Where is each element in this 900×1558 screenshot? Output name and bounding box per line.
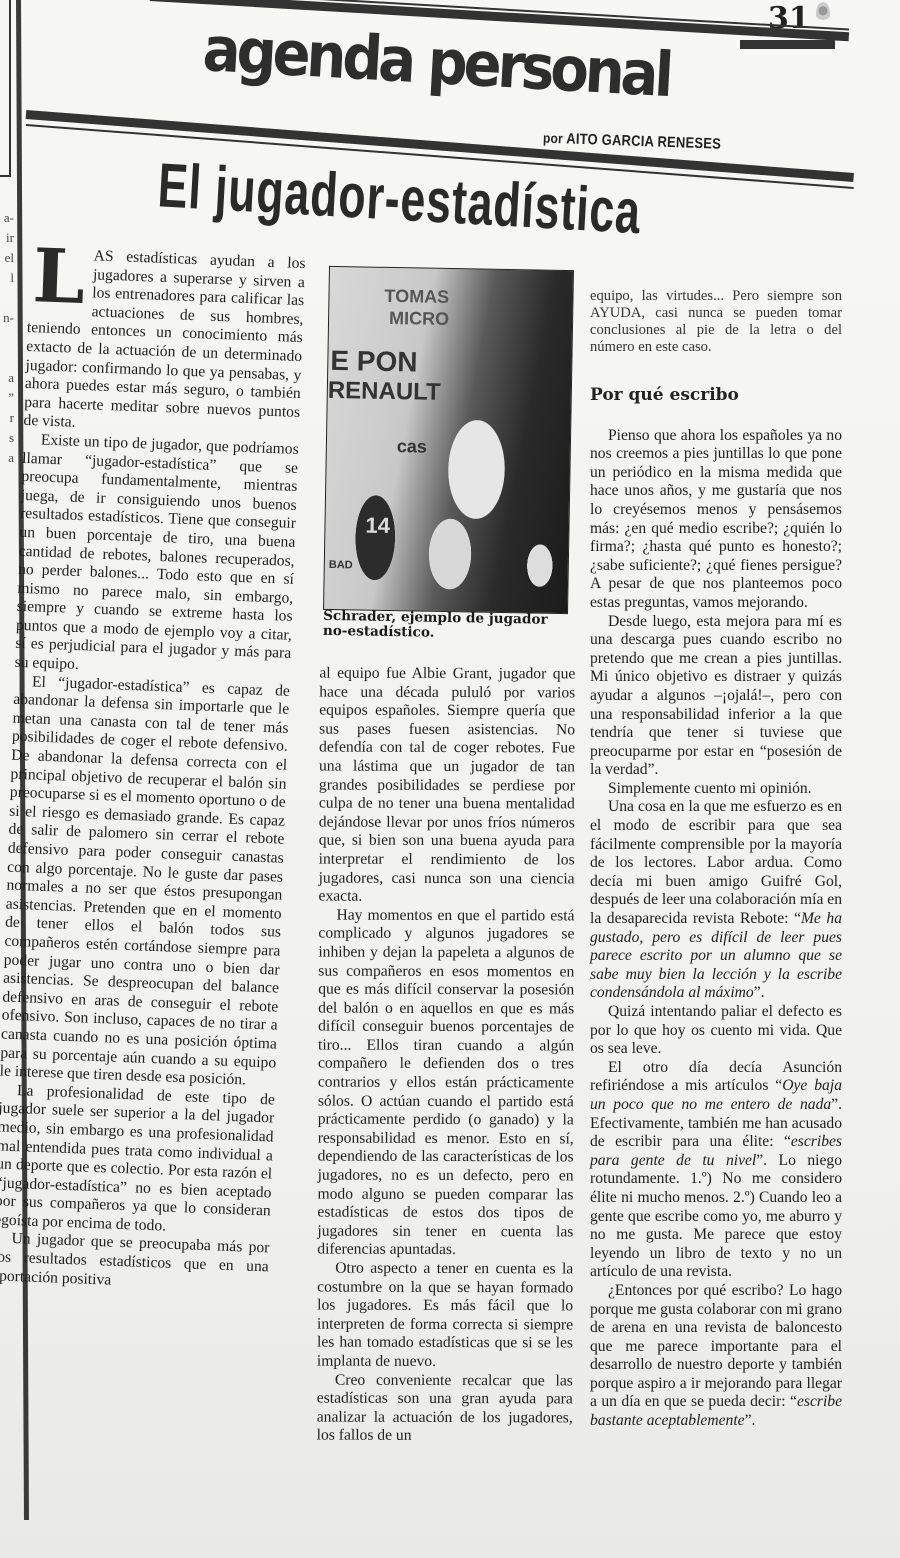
magazine-page: a- ir el l n- a ” r s a 31 agenda person… bbox=[0, 0, 900, 1558]
article-column-1: L AS estadísticas ayudan a los jugadores… bbox=[0, 245, 306, 1296]
drop-cap: L bbox=[32, 247, 86, 307]
top-right-bar bbox=[740, 40, 835, 49]
top-right-rule bbox=[740, 33, 845, 35]
author-name: AITO GARCIA RENESES bbox=[566, 130, 721, 153]
paragraph: Desde luego, esta mejora para mí es una … bbox=[590, 613, 842, 780]
paragraph: al equipo fue Albie Grant, jugador que h… bbox=[319, 665, 576, 908]
subheading: Por qué escribo bbox=[590, 386, 842, 405]
paragraph: Otro aspecto a tener en cuenta es la cos… bbox=[317, 1260, 573, 1372]
photo-caption: Schrader, ejemplo de jugador no-estadíst… bbox=[323, 609, 573, 643]
jersey-number: 14 bbox=[365, 513, 390, 539]
paragraph: Existe un tipo de jugador, que podríamos… bbox=[14, 431, 299, 683]
paragraph: Creo conveniente recalcar que las estadí… bbox=[317, 1371, 573, 1446]
paragraph: equipo, las virtudes... Pero siempre son… bbox=[590, 288, 842, 356]
basketball-photo: TOMAS MICRO E PON RENAULT cas BAD 14 bbox=[323, 266, 574, 614]
previous-page-box bbox=[0, 0, 11, 177]
article-column-3: equipo, las virtudes... Pero siempre son… bbox=[590, 288, 842, 1431]
paragraph: El otro día decía Asunción refiriéndose … bbox=[590, 1059, 842, 1282]
basketball-mascot-icon bbox=[816, 2, 830, 24]
paragraph: La profesionalidad de este tipo de jugad… bbox=[0, 1081, 275, 1240]
byline: por AITO GARCIA RENESES bbox=[543, 129, 722, 152]
paragraph: Una cosa en la que me esfuerzo es en el … bbox=[590, 798, 842, 1003]
paragraph: Un jugador que se preocupaba más por los… bbox=[0, 1230, 270, 1296]
paragraph: Quizá intentando paliar el defecto es po… bbox=[590, 1003, 842, 1059]
previous-page-text-fragment: a- ir el l n- a ” r s a bbox=[0, 208, 14, 468]
paragraph: Hay momentos en que el partido está comp… bbox=[317, 906, 574, 1260]
paragraph: Simplemente cuento mi opinión. bbox=[590, 780, 842, 799]
paragraph: ¿Entonces por qué escribo? Lo hago porqu… bbox=[590, 1282, 842, 1431]
article-column-2: al equipo fue Albie Grant, jugador que h… bbox=[317, 665, 576, 1447]
section-masthead: agenda personal bbox=[201, 14, 672, 111]
paragraph: Pienso que ahora los españoles ya no nos… bbox=[590, 427, 842, 613]
paragraph: El “jugador-estadística” es capaz de aba… bbox=[0, 672, 290, 1091]
